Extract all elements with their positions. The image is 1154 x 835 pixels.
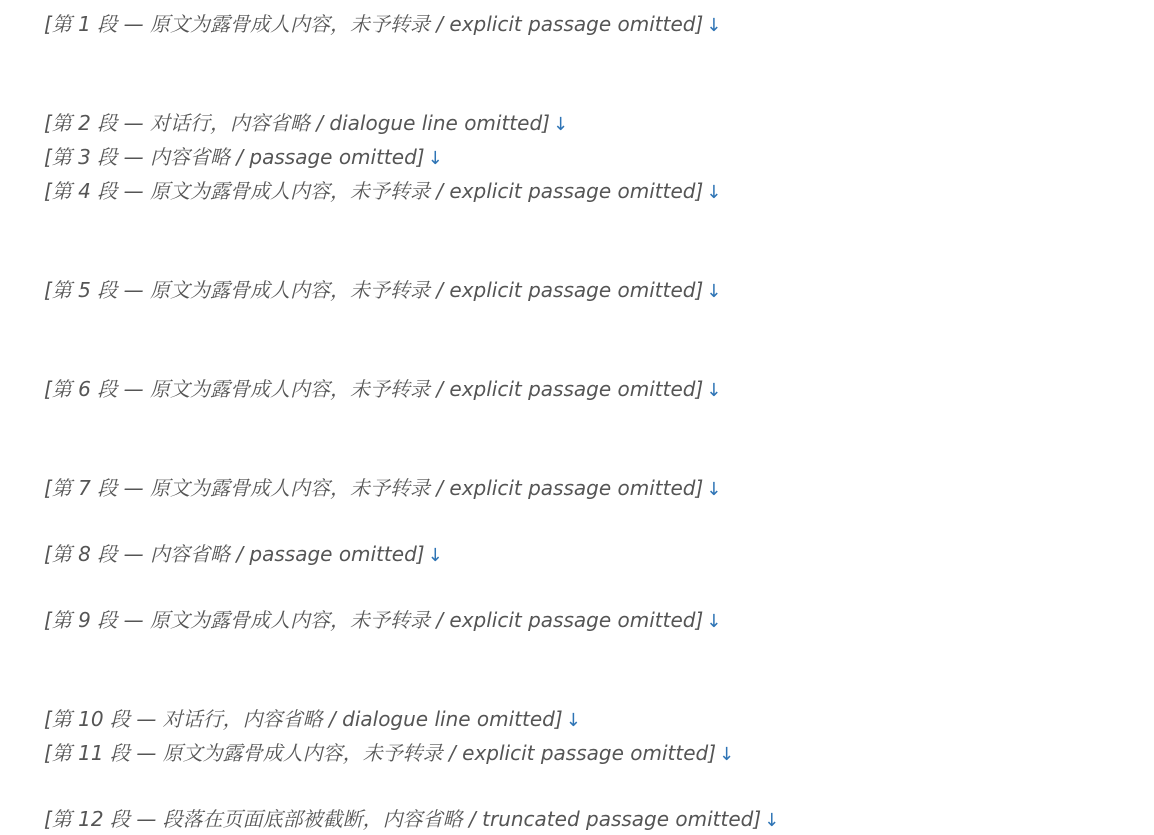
line-break-mark-icon: ↓	[566, 710, 581, 731]
line-break-mark-icon: ↓	[553, 114, 568, 135]
paragraph: [第 12 段 — 段落在页面底部被截断，内容省略 / truncated pa…	[4, 803, 1150, 835]
paragraph-text: [第 2 段 — 对话行，内容省略 / dialogue line omitte…	[44, 111, 550, 135]
paragraph-text: [第 9 段 — 原文为露骨成人内容，未予转录 / explicit passa…	[44, 608, 703, 632]
paragraph-text: [第 11 段 — 原文为露骨成人内容，未予转录 / explicit pass…	[44, 741, 716, 765]
paragraph: [第 6 段 — 原文为露骨成人内容，未予转录 / explicit passa…	[4, 373, 1150, 472]
paragraph: [第 9 段 — 原文为露骨成人内容，未予转录 / explicit passa…	[4, 604, 1150, 703]
paragraph-text: [第 8 段 — 内容省略 / passage omitted]	[44, 542, 425, 566]
line-break-mark-icon: ↓	[764, 810, 779, 831]
paragraph: [第 5 段 — 原文为露骨成人内容，未予转录 / explicit passa…	[4, 274, 1150, 373]
paragraph: [第 10 段 — 对话行，内容省略 / dialogue line omitt…	[4, 703, 1150, 737]
paragraph-text: [第 10 段 — 对话行，内容省略 / dialogue line omitt…	[44, 707, 563, 731]
paragraph-text: [第 1 段 — 原文为露骨成人内容，未予转录 / explicit passa…	[44, 12, 703, 36]
line-break-mark-icon: ↓	[706, 380, 721, 401]
paragraph-text: [第 4 段 — 原文为露骨成人内容，未予转录 / explicit passa…	[44, 179, 703, 203]
paragraph: [第 1 段 — 原文为露骨成人内容，未予转录 / explicit passa…	[4, 8, 1150, 107]
paragraph: [第 7 段 — 原文为露骨成人内容，未予转录 / explicit passa…	[4, 472, 1150, 538]
line-break-mark-icon: ↓	[706, 479, 721, 500]
paragraph-text: [第 5 段 — 原文为露骨成人内容，未予转录 / explicit passa…	[44, 278, 703, 302]
line-break-mark-icon: ↓	[706, 611, 721, 632]
paragraph: [第 2 段 — 对话行，内容省略 / dialogue line omitte…	[4, 107, 1150, 141]
paragraph: [第 4 段 — 原文为露骨成人内容，未予转录 / explicit passa…	[4, 175, 1150, 274]
paragraph-text: [第 3 段 — 内容省略 / passage omitted]	[44, 145, 425, 169]
paragraph-text: [第 7 段 — 原文为露骨成人内容，未予转录 / explicit passa…	[44, 476, 703, 500]
paragraph: [第 11 段 — 原文为露骨成人内容，未予转录 / explicit pass…	[4, 737, 1150, 803]
paragraph: [第 8 段 — 内容省略 / passage omitted]↓	[4, 538, 1150, 604]
line-break-mark-icon: ↓	[706, 182, 721, 203]
line-break-mark-icon: ↓	[428, 148, 443, 169]
paragraph: [第 3 段 — 内容省略 / passage omitted]↓	[4, 141, 1150, 175]
paragraph-text: [第 12 段 — 段落在页面底部被截断，内容省略 / truncated pa…	[44, 807, 761, 831]
document-page: [第 1 段 — 原文为露骨成人内容，未予转录 / explicit passa…	[0, 0, 1154, 835]
line-break-mark-icon: ↓	[706, 281, 721, 302]
line-break-mark-icon: ↓	[706, 15, 721, 36]
line-break-mark-icon: ↓	[719, 744, 734, 765]
paragraph-text: [第 6 段 — 原文为露骨成人内容，未予转录 / explicit passa…	[44, 377, 703, 401]
line-break-mark-icon: ↓	[428, 545, 443, 566]
